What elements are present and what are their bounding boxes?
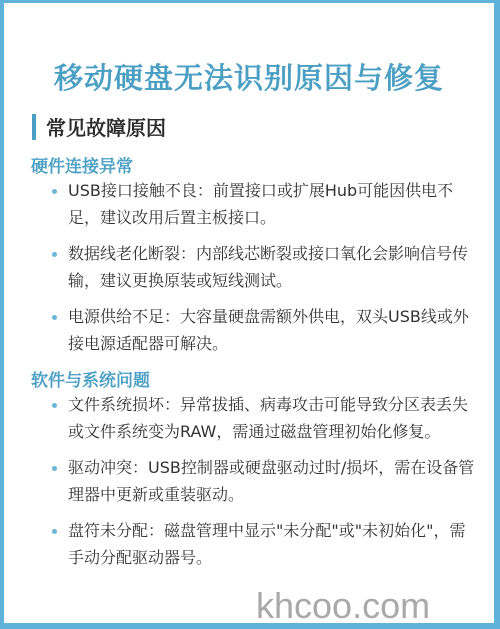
bullet-icon: [52, 252, 57, 257]
section-header: 常见故障原因: [32, 112, 166, 141]
list-item-text: 文件系统损坏：异常拔插、病毒攻击可能导致分区表丢失或文件系统变为RAW，需通过磁…: [68, 395, 468, 441]
software-list: 文件系统损坏：异常拔插、病毒攻击可能导致分区表丢失或文件系统变为RAW，需通过磁…: [50, 391, 480, 580]
section-title: 常见故障原因: [46, 112, 166, 141]
subheading-hardware: 硬件连接异常: [31, 152, 133, 177]
bullet-icon: [52, 466, 57, 471]
bullet-icon: [52, 403, 57, 408]
bullet-icon: [52, 189, 57, 194]
list-item: USB接口接触不良：前置接口或扩展Hub可能因供电不足，建议改用后置主板接口。: [50, 177, 480, 231]
list-item: 盘符未分配：磁盘管理中显示"未分配"或"未初始化"，需手动分配驱动器号。: [50, 517, 480, 571]
list-item-text: 驱动冲突：USB控制器或硬盘驱动过时/损坏，需在设备管理器中更新或重装驱动。: [68, 458, 474, 504]
list-item: 电源供给不足：大容量硬盘需额外供电，双头USB线或外接电源适配器可解决。: [50, 303, 480, 357]
list-item: 驱动冲突：USB控制器或硬盘驱动过时/损坏，需在设备管理器中更新或重装驱动。: [50, 454, 480, 508]
list-item: 文件系统损坏：异常拔插、病毒攻击可能导致分区表丢失或文件系统变为RAW，需通过磁…: [50, 391, 480, 445]
list-item-text: USB接口接触不良：前置接口或扩展Hub可能因供电不足，建议改用后置主板接口。: [68, 181, 453, 227]
page-title: 移动硬盘无法识别原因与修复: [4, 56, 494, 97]
section-accent-bar: [32, 114, 36, 140]
list-item-text: 电源供给不足：大容量硬盘需额外供电，双头USB线或外接电源适配器可解决。: [68, 307, 469, 353]
subheading-software: 软件与系统问题: [31, 366, 150, 391]
list-item-text: 数据线老化断裂：内部线芯断裂或接口氧化会影响信号传输，建议更换原装或短线测试。: [68, 244, 468, 290]
page-frame: 移动硬盘无法识别原因与修复 常见故障原因 硬件连接异常 USB接口接触不良：前置…: [0, 0, 500, 629]
bullet-icon: [52, 315, 57, 320]
list-item-text: 盘符未分配：磁盘管理中显示"未分配"或"未初始化"，需手动分配驱动器号。: [68, 521, 465, 567]
hardware-list: USB接口接触不良：前置接口或扩展Hub可能因供电不足，建议改用后置主板接口。 …: [50, 177, 480, 366]
list-item: 数据线老化断裂：内部线芯断裂或接口氧化会影响信号传输，建议更换原装或短线测试。: [50, 240, 480, 294]
bullet-icon: [52, 529, 57, 534]
watermark: khcoo.com: [256, 585, 430, 627]
